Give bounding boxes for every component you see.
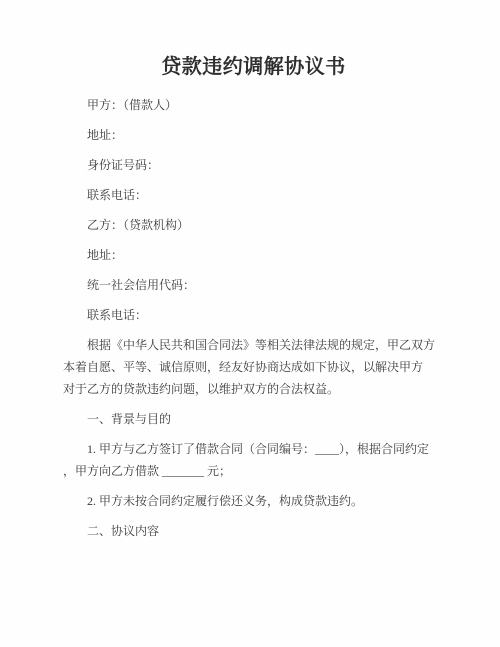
party-b-address-line: 地址： bbox=[63, 244, 444, 266]
section-1-item-2: 2. 甲方未按合同约定履行偿还义务，构成贷款违约。 bbox=[63, 490, 444, 512]
party-a-phone-line: 联系电话： bbox=[63, 184, 444, 206]
party-a-name-line: 甲方：（借款人） bbox=[63, 94, 444, 116]
preamble-paragraph: 根据《中华人民共和国合同法》等相关法律法规的规定，甲乙双方 本着自愿、平等、诚信… bbox=[63, 334, 444, 400]
party-a-id-number-line: 身份证号码： bbox=[63, 154, 444, 176]
document-title: 贷款违约调解协议书 bbox=[63, 52, 444, 82]
section-2-heading: 二、协议内容 bbox=[63, 520, 444, 542]
section-1-item-1-line: ，甲方向乙方借款 _______ 元； bbox=[63, 460, 444, 482]
party-b-phone-line: 联系电话： bbox=[63, 304, 444, 326]
preamble-line: 本着自愿、平等、诚信原则，经友好协商达成如下协议，以解决甲方 bbox=[63, 356, 444, 378]
section-1-item-1-line: 1. 甲方与乙方签订了借款合同（合同编号：____），根据合同约定 bbox=[63, 438, 444, 460]
section-1-heading: 一、背景与目的 bbox=[63, 408, 444, 430]
document-page: 贷款违约调解协议书 甲方：（借款人） 地址： 身份证号码： 联系电话： 乙方：（… bbox=[0, 0, 500, 647]
preamble-line: 根据《中华人民共和国合同法》等相关法律法规的规定，甲乙双方 bbox=[63, 334, 444, 356]
party-b-credit-code-line: 统一社会信用代码： bbox=[63, 274, 444, 296]
party-a-address-line: 地址： bbox=[63, 124, 444, 146]
document-content: 贷款违约调解协议书 甲方：（借款人） 地址： 身份证号码： 联系电话： 乙方：（… bbox=[0, 52, 500, 542]
section-1-item-1: 1. 甲方与乙方签订了借款合同（合同编号：____），根据合同约定 ，甲方向乙方… bbox=[63, 438, 444, 482]
preamble-line: 对于乙方的贷款违约问题，以维护双方的合法权益。 bbox=[63, 378, 444, 400]
party-b-name-line: 乙方：（贷款机构） bbox=[63, 214, 444, 236]
